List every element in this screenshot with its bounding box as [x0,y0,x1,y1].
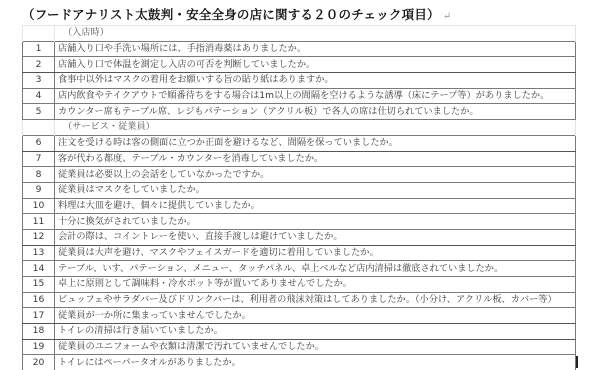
text-cursor [576,356,578,368]
table-row: 8 従業員は必要以上の会話をしていなかったですか。 [23,167,576,183]
item-number: 4 [23,88,55,104]
item-text[interactable]: 従業員が一か所に集まっていませんでしたか。 [55,308,576,324]
table-row: 20 トイレにはペーパータオルがありましたか。 [23,355,576,370]
item-number: 11 [23,214,55,230]
item-number: 7 [23,151,55,167]
item-number: 3 [23,73,55,89]
item-text[interactable]: 店舗入り口で体温を測定し入店の可否を判断していましたか。 [55,57,576,73]
table-row: 9 従業員はマスクをしていましたか。 [23,182,576,198]
table-row: 11 十分に換気がされていましたか。 [23,214,576,230]
item-text[interactable]: 食事中以外はマスクの着用をお願いする旨の貼り紙はありますか。 [55,73,576,89]
item-text[interactable]: トイレの清掃は行き届いていましたか。 [55,324,576,340]
item-number: 1 [23,41,55,57]
table-row: 19 従業員のユニフォームや衣類は清潔で汚れていませんでしたか。 [23,339,576,355]
section-label: （入店時） [55,26,576,42]
item-text[interactable]: 卓上に原則として調味料・冷水ポット等が置いてありませんでしたか。 [55,277,576,293]
item-number: 5 [23,104,55,120]
item-number: 9 [23,182,55,198]
item-text[interactable]: 料理は大皿を避け、個々に提供していましたか。 [55,198,576,214]
table-row: 7 客が代わる都度、テーブル・カウンターを消毒していましたか。 [23,151,576,167]
item-number: 20 [23,355,55,370]
item-text[interactable]: テーブル、いす、パテーション、メニュー、タッチパネル、卓上ベルなど店内清掃は徹底… [55,261,576,277]
table-row: 13 従業員は大声を避け、マスクやフェイスガードを適切に着用していましたか。 [23,245,576,261]
section-num-cell [23,120,55,136]
paragraph-return-mark: ↵ [443,11,452,22]
item-text[interactable]: トイレにはペーパータオルがありましたか。 [55,355,576,370]
item-number: 15 [23,277,55,293]
table-row: 18 トイレの清掃は行き届いていましたか。 [23,324,576,340]
item-number: 13 [23,245,55,261]
item-number: 16 [23,292,55,308]
section-label: （サービス・従業員） [55,120,576,136]
item-number: 6 [23,135,55,151]
table-row: 17 従業員が一か所に集まっていませんでしたか。 [23,308,576,324]
item-number: 18 [23,324,55,340]
item-text[interactable]: 従業員は大声を避け、マスクやフェイスガードを適切に着用していましたか。 [55,245,576,261]
item-text[interactable]: 店内飲食やテイクアウトで順番待ちをする場合は1m以上の間隔を空けるような誘導（床… [55,88,576,104]
item-text[interactable]: 従業員はマスクをしていましたか。 [55,182,576,198]
item-number: 10 [23,198,55,214]
item-text[interactable]: 客が代わる都度、テーブル・カウンターを消毒していましたか。 [55,151,576,167]
table-row: 3 食事中以外はマスクの着用をお願いする旨の貼り紙はありますか。 [23,73,576,89]
table-row: 1 店舗入り口や手洗い場所には、手指消毒薬はありましたか。 [23,41,576,57]
item-number: 8 [23,167,55,183]
item-number: 17 [23,308,55,324]
table-row: 5 カウンター席もテーブル席、レジもパテーション（アクリル板）で各人の席は仕切ら… [23,104,576,120]
document-title: （フードアナリスト太鼓判・安全全身の店に関する２０のチェック項目）↵ [22,5,451,23]
document-title-text: （フードアナリスト太鼓判・安全全身の店に関する２０のチェック項目） [22,7,440,22]
section-row-service-staff: （サービス・従業員） [23,120,576,136]
item-number: 14 [23,261,55,277]
item-number: 12 [23,229,55,245]
table-row: 2 店舗入り口で体温を測定し入店の可否を判断していましたか。 [23,57,576,73]
item-text[interactable]: 従業員は必要以上の会話をしていなかったですか。 [55,167,576,183]
item-number: 2 [23,57,55,73]
item-number: 19 [23,339,55,355]
section-num-cell [23,26,55,42]
table-row: 14 テーブル、いす、パテーション、メニュー、タッチパネル、卓上ベルなど店内清掃… [23,261,576,277]
table-row: 16 ビュッフェやサラダバー及びドリンクバーは、利用者の飛沫対策はしてありました… [23,292,576,308]
section-row-entry: （入店時） [23,26,576,42]
item-text[interactable]: 店舗入り口や手洗い場所には、手指消毒薬はありましたか。 [55,41,576,57]
item-text[interactable]: 十分に換気がされていましたか。 [55,214,576,230]
item-text[interactable]: 会計の際は、コイントレーを使い、直接手渡しは避けていましたか。 [55,229,576,245]
item-text[interactable]: ビュッフェやサラダバー及びドリンクバーは、利用者の飛沫対策はしてありましたか。（… [55,292,576,308]
item-text[interactable]: 従業員のユニフォームや衣類は清潔で汚れていませんでしたか。 [55,339,576,355]
table-row: 6 注文を受ける時は客の側面に立つか正面を避けるなど、間隔を保っていましたか。 [23,135,576,151]
table-row: 12 会計の際は、コイントレーを使い、直接手渡しは避けていましたか。 [23,229,576,245]
item-text[interactable]: 注文を受ける時は客の側面に立つか正面を避けるなど、間隔を保っていましたか。 [55,135,576,151]
item-text[interactable]: カウンター席もテーブル席、レジもパテーション（アクリル板）で各人の席は仕切られて… [55,104,576,120]
checklist-table: （入店時） 1 店舗入り口や手洗い場所には、手指消毒薬はありましたか。 2 店舗… [22,25,576,370]
table-row: 15 卓上に原則として調味料・冷水ポット等が置いてありませんでしたか。 [23,277,576,293]
table-row: 10 料理は大皿を避け、個々に提供していましたか。 [23,198,576,214]
table-row: 4 店内飲食やテイクアウトで順番待ちをする場合は1m以上の間隔を空けるような誘導… [23,88,576,104]
